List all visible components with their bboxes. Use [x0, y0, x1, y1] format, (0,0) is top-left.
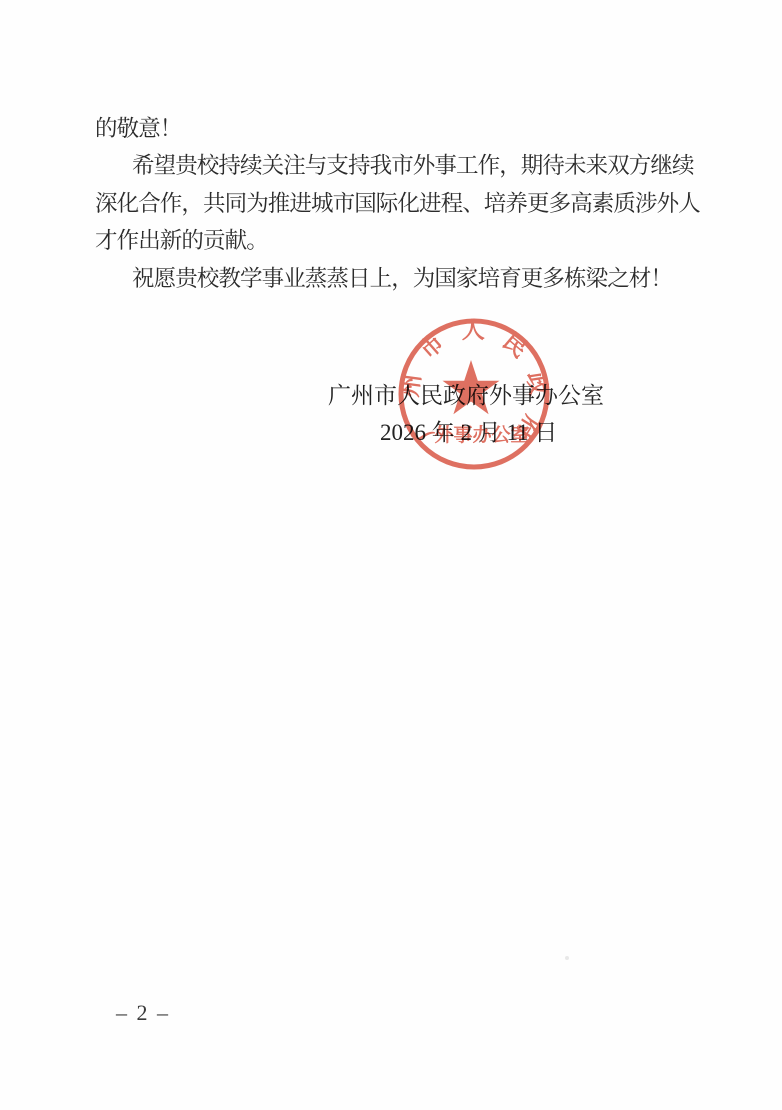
document-page: 的敬意！ 希望贵校持续关注与支持我市外事工作，期待未来双方继续 深化合作，共同为…: [0, 0, 782, 1110]
body-line-2: 希望贵校持续关注与支持我市外事工作，期待未来双方继续: [95, 147, 720, 184]
signature-organization: 广州市人民政府外事办公室: [328, 377, 604, 410]
page-number: – 2 –: [116, 1000, 170, 1026]
body-line-5: 祝愿贵校教学事业蒸蒸日上，为国家培育更多栋梁之材！: [95, 260, 720, 297]
signature-date: 2026 年 2 月 11 日: [380, 414, 557, 447]
letter-body: 的敬意！ 希望贵校持续关注与支持我市外事工作，期待未来双方继续 深化合作，共同为…: [95, 110, 720, 297]
scan-speck: [565, 956, 569, 960]
body-line-3: 深化合作，共同为推进城市国际化进程、培养更多高素质涉外人: [95, 185, 720, 222]
body-line-4: 才作出新的贡献。: [95, 222, 720, 259]
body-line-1: 的敬意！: [95, 110, 720, 147]
